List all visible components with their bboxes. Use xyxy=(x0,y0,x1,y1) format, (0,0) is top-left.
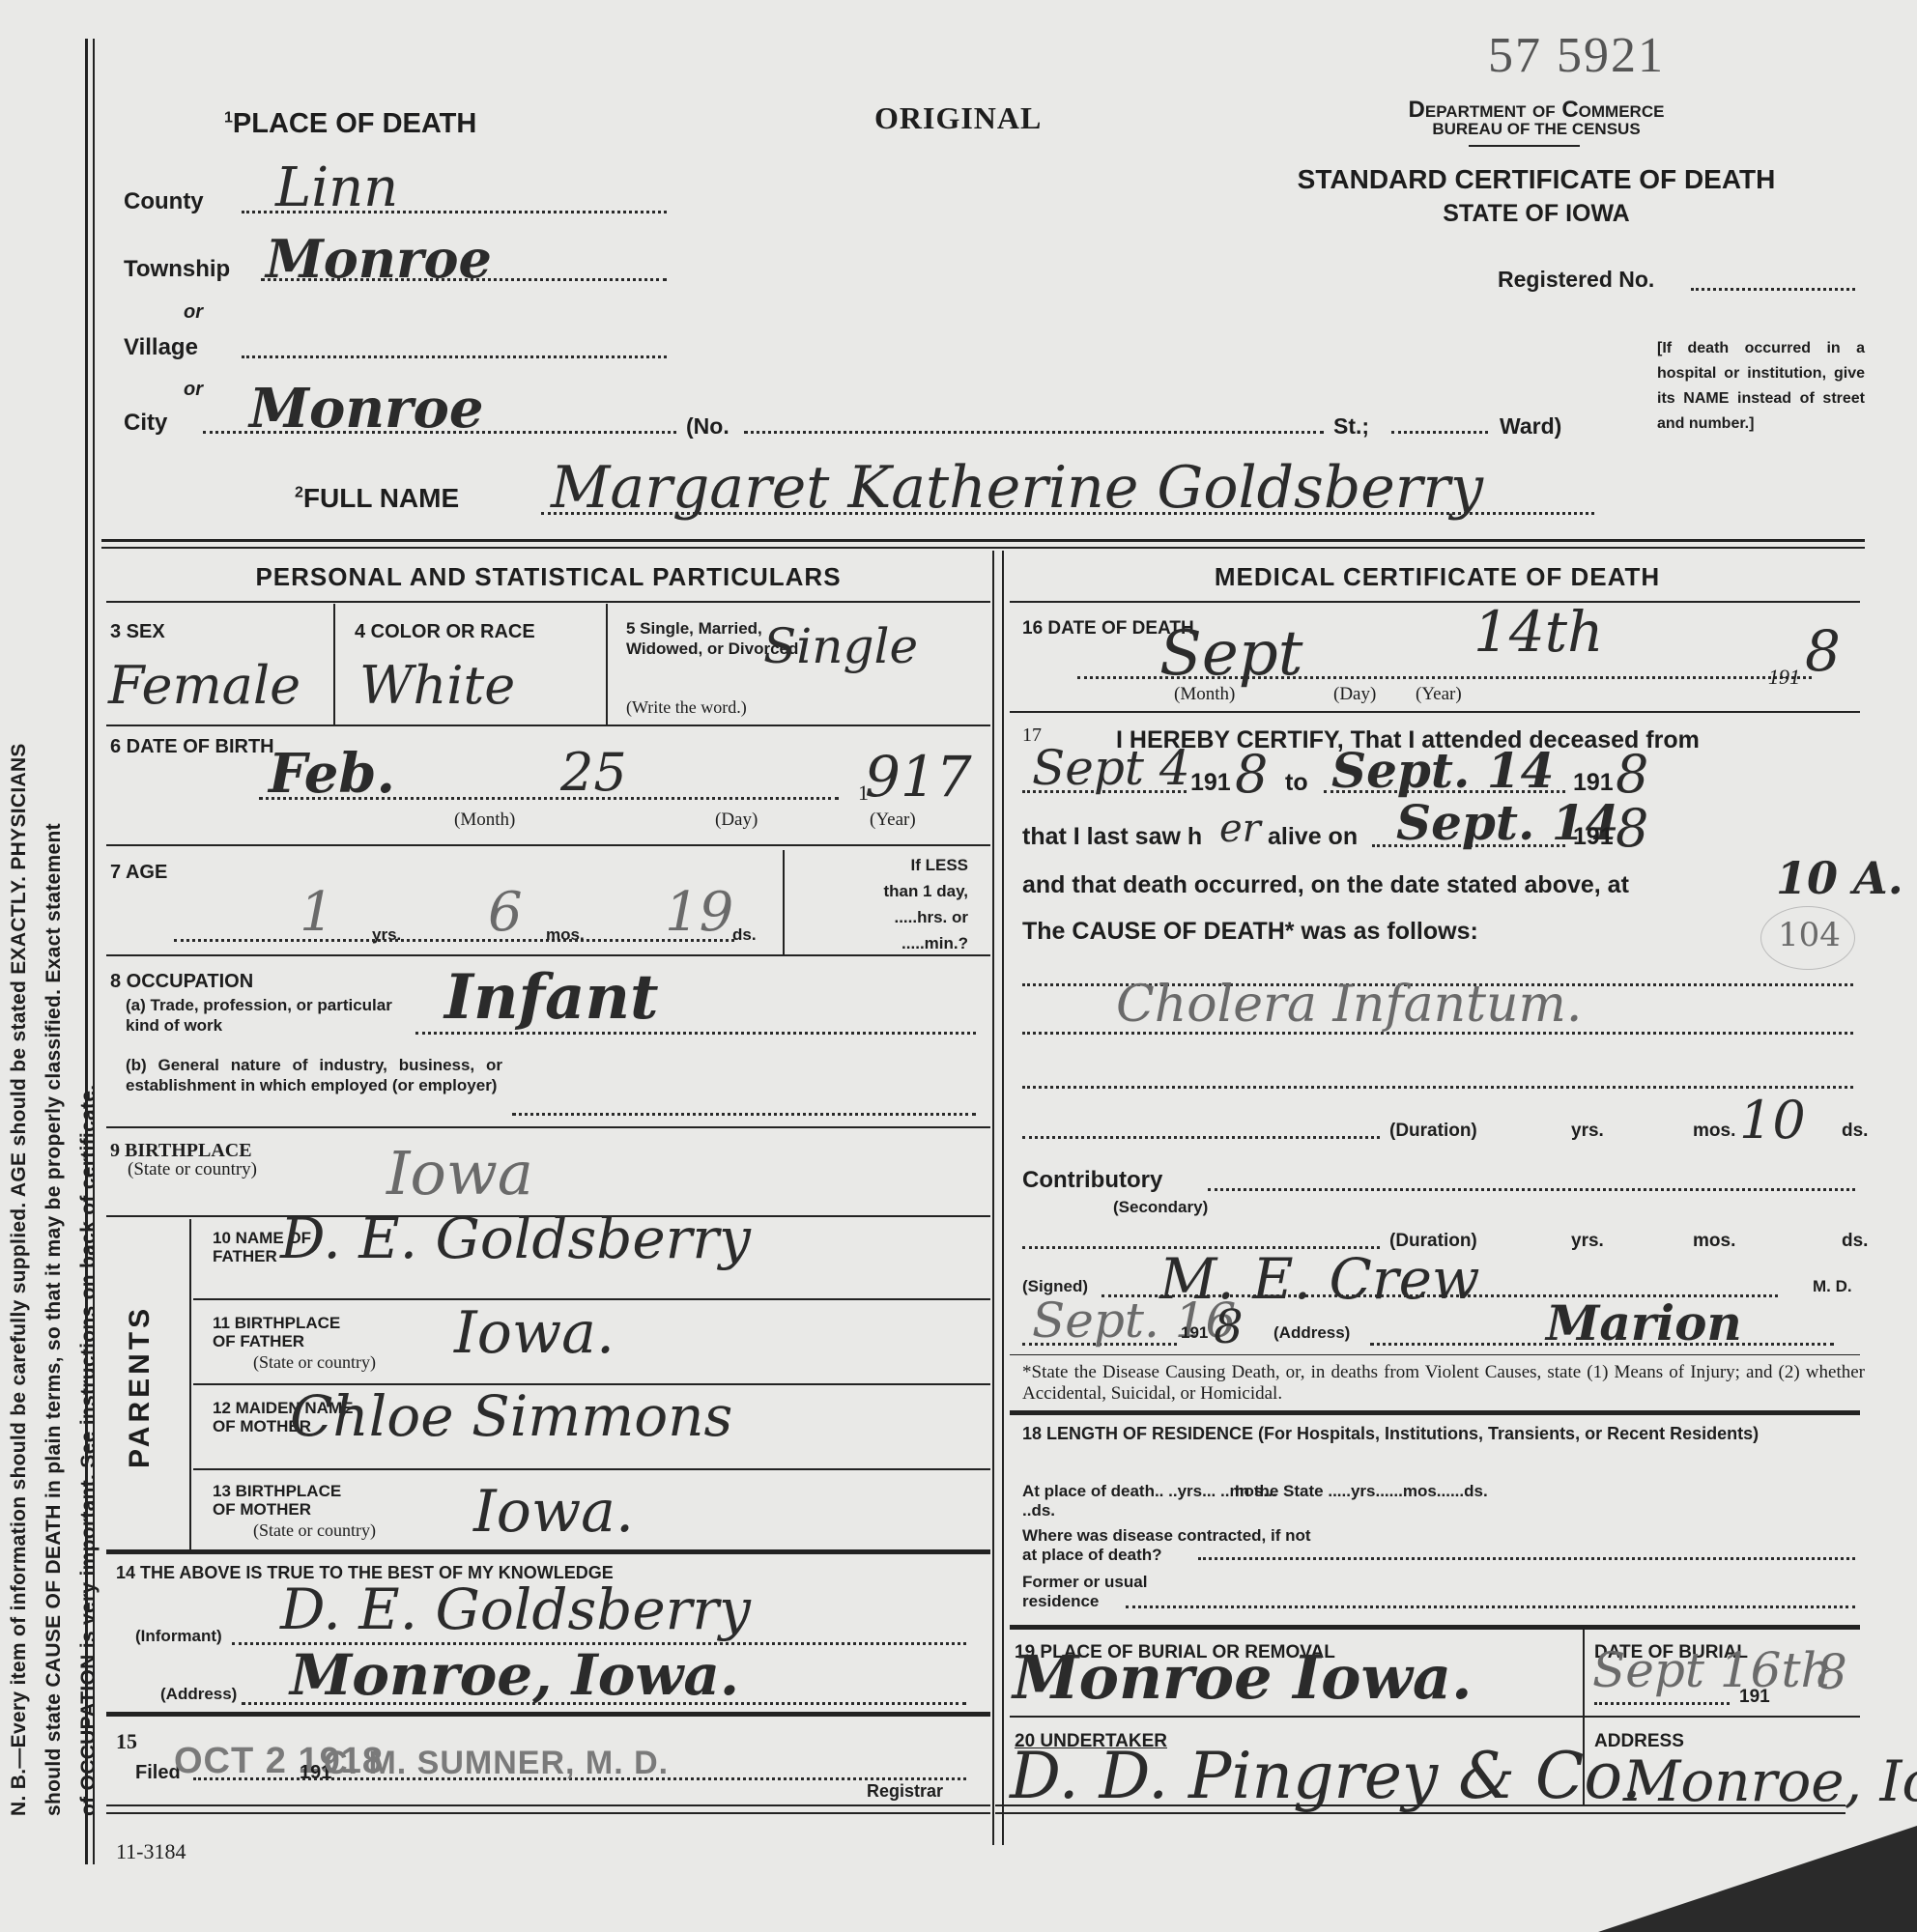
certificate-title: STANDARD CERTIFICATE OF DEATH xyxy=(1227,164,1845,195)
original-label: ORIGINAL xyxy=(874,100,1042,136)
race-label: 4 COLOR OR RACE xyxy=(355,621,535,643)
occupation-b-label: (b) General nature of industry, business… xyxy=(126,1055,502,1095)
burial-year: 8 xyxy=(1817,1644,1847,1700)
age-field[interactable] xyxy=(174,939,734,942)
rule xyxy=(106,601,990,603)
county-value: Linn xyxy=(275,156,398,219)
rule xyxy=(106,844,990,846)
father-birthplace-value: Iowa. xyxy=(454,1299,615,1367)
duration-yrs-caption: yrs. xyxy=(1571,1121,1604,1142)
dob-year: 917 xyxy=(865,744,972,810)
dob-year-caption: (Year) xyxy=(870,810,916,831)
cause-line-3[interactable] xyxy=(1022,1086,1853,1089)
mother-birthplace-label: 13 BIRTHPLACE OF MOTHER xyxy=(213,1482,348,1519)
file-number-stamp: 57 5921 xyxy=(1488,27,1665,84)
cause-code: 104 xyxy=(1778,916,1841,954)
personal-heading: PERSONAL AND STATISTICAL PARTICULARS xyxy=(106,562,990,592)
duration-label: (Duration) xyxy=(1389,1121,1477,1142)
attended-to-label: to xyxy=(1285,769,1308,797)
thick-rule xyxy=(106,1712,990,1717)
or-label-2: or xyxy=(184,379,203,401)
burial-year-prefix: 191 xyxy=(1739,1687,1770,1708)
cause-footnote: *State the Disease Causing Death, or, in… xyxy=(1022,1362,1865,1405)
city-value: Monroe xyxy=(249,377,484,440)
signed-year-prefix: 191 xyxy=(1181,1323,1208,1343)
death-time: 10 A. xyxy=(1776,852,1903,904)
disease-contracted-field[interactable] xyxy=(1198,1557,1855,1560)
informant-value: D. E. Goldsberry xyxy=(280,1577,751,1642)
race-value: White xyxy=(359,655,515,716)
marital-value: Single xyxy=(763,618,918,674)
age-years: 1 xyxy=(300,881,334,944)
place-of-death-heading: 1PLACE OF DEATH xyxy=(224,108,476,140)
age-years-caption: yrs. xyxy=(372,925,401,945)
rule xyxy=(1010,711,1860,713)
cell-divider xyxy=(606,604,608,724)
former-residence-field[interactable] xyxy=(1126,1605,1855,1608)
secondary-label: (Secondary) xyxy=(1113,1198,1208,1217)
cause-value: Cholera Infantum. xyxy=(1116,976,1582,1034)
informant-address-label: (Address) xyxy=(160,1685,237,1704)
side-note-line-1: N. B.—Every item of information should b… xyxy=(2,116,37,1816)
scan-corner-shadow xyxy=(1598,1826,1917,1932)
signed-year: 8 xyxy=(1214,1300,1244,1354)
death-year: 8 xyxy=(1805,618,1841,684)
form-number: 11-3184 xyxy=(116,1839,186,1864)
last-saw-year-prefix: 191 xyxy=(1573,823,1614,851)
rule xyxy=(106,1126,990,1128)
village-field[interactable] xyxy=(242,355,667,358)
column-divider-left xyxy=(992,551,994,1845)
side-instructions: N. B.—Every item of information should b… xyxy=(2,116,106,1816)
township-label: Township xyxy=(124,256,230,283)
death-month-caption: (Month) xyxy=(1174,684,1235,705)
age-label: 7 AGE xyxy=(110,862,167,884)
age-months: 6 xyxy=(488,881,523,944)
sex-value: Female xyxy=(108,655,300,716)
or-label-1: or xyxy=(184,301,203,324)
medical-heading: MEDICAL CERTIFICATE OF DEATH xyxy=(1010,562,1865,592)
residence-label: 18 LENGTH OF RESIDENCE (For Hospitals, I… xyxy=(1022,1424,1865,1443)
dob-month-caption: (Month) xyxy=(454,810,515,831)
birthplace-value: Iowa xyxy=(386,1138,533,1208)
secondary-duration-yrs: yrs. xyxy=(1571,1231,1604,1252)
cell-divider xyxy=(783,850,785,954)
secondary-duration-mos: mos. xyxy=(1693,1231,1735,1252)
rule xyxy=(1010,601,1860,603)
duration-days: 10 xyxy=(1739,1090,1806,1151)
rule xyxy=(995,1804,1845,1806)
ward-field[interactable] xyxy=(1391,431,1488,434)
side-note-line-3: of OCCUPATION is very important. See ins… xyxy=(72,116,106,1816)
duration-ds-caption: ds. xyxy=(1842,1121,1868,1142)
attended-from-date: Sept 4 xyxy=(1032,740,1190,796)
column-divider-right xyxy=(1002,551,1004,1845)
physician-address-label: (Address) xyxy=(1273,1323,1350,1343)
sex-label: 3 SEX xyxy=(110,621,165,643)
parents-label: PARENTS xyxy=(124,1305,157,1468)
border-left-outer xyxy=(85,39,88,1864)
registrar-stamp: C. M. SUMNER, M. D. xyxy=(324,1745,669,1782)
death-day: 14th xyxy=(1474,599,1603,665)
dob-label: 6 DATE OF BIRTH xyxy=(110,736,274,758)
dob-day: 25 xyxy=(560,742,627,803)
attended-to-date: Sept. 14 xyxy=(1331,742,1554,799)
duration-lead xyxy=(1022,1136,1380,1139)
death-occurred-label: and that death occurred, on the date sta… xyxy=(1022,871,1629,899)
death-year-caption: (Year) xyxy=(1416,684,1462,705)
informant-address-value: Monroe, Iowa. xyxy=(290,1642,739,1708)
age-days: 19 xyxy=(665,881,733,944)
rule xyxy=(1010,1716,1860,1718)
rule xyxy=(193,1468,990,1470)
occupation-a-value: Infant xyxy=(444,961,659,1034)
attended-from-year: 8 xyxy=(1235,744,1268,805)
death-day-caption: (Day) xyxy=(1333,684,1376,705)
death-year-prefix: 191 xyxy=(1768,665,1800,690)
township-value: Monroe xyxy=(266,228,492,290)
thick-rule xyxy=(106,1549,990,1554)
age-days-caption: ds. xyxy=(732,925,757,945)
attended-to-year-prefix: 191 xyxy=(1573,769,1614,797)
full-name-label: 2FULL NAME xyxy=(295,483,459,514)
registered-no-label: Registered No. xyxy=(1498,267,1654,293)
occupation-b-field[interactable] xyxy=(512,1113,976,1116)
contributory-field[interactable] xyxy=(1208,1188,1855,1191)
rule xyxy=(995,1812,1845,1814)
burial-date-field[interactable] xyxy=(1594,1702,1730,1705)
mother-birthplace-value: Iowa. xyxy=(473,1478,634,1546)
name-rule-bottom xyxy=(101,547,1865,549)
contributory-label: Contributory xyxy=(1022,1167,1162,1194)
last-saw-pronoun: er xyxy=(1219,807,1261,851)
side-note-line-2: should state CAUSE OF DEATH in plain ter… xyxy=(37,116,72,1816)
alive-on-label: alive on xyxy=(1268,823,1358,851)
rule xyxy=(106,724,990,726)
ward-label: Ward) xyxy=(1500,413,1561,440)
cell-divider xyxy=(333,604,335,724)
father-name-value: D. E. Goldsberry xyxy=(280,1206,751,1271)
age-months-caption: mos. xyxy=(546,925,585,945)
mother-maiden-value: Chloe Simmons xyxy=(290,1383,732,1449)
city-label: City xyxy=(124,410,167,437)
father-birthplace-sub: (State or country) xyxy=(253,1352,376,1373)
cause-label: The CAUSE OF DEATH* was as follows: xyxy=(1022,918,1478,946)
age-less-than-day: If LESS than 1 day, .....hrs. or .....mi… xyxy=(794,852,968,956)
header-rule xyxy=(1469,145,1580,147)
physician-address-value: Marion xyxy=(1546,1294,1742,1351)
rule xyxy=(106,1812,990,1814)
registered-no-field[interactable] xyxy=(1691,286,1855,291)
informant-label: (Informant) xyxy=(135,1627,222,1646)
residence-in-state[interactable]: In the State .....yrs......mos......ds. xyxy=(1235,1482,1853,1501)
marital-hint: (Write the word.) xyxy=(626,697,747,718)
thick-rule xyxy=(1010,1410,1860,1415)
state-label: STATE OF IOWA xyxy=(1227,200,1845,228)
occupation-a-label: (a) Trade, profession, or particular kin… xyxy=(126,995,415,1036)
secondary-duration-ds: ds. xyxy=(1842,1231,1868,1252)
street-no-label: (No. xyxy=(686,413,730,440)
rule xyxy=(106,1804,990,1806)
dob-day-caption: (Day) xyxy=(715,810,758,831)
street-label: St.; xyxy=(1333,413,1369,440)
bureau-label: BUREAU OF THE CENSUS xyxy=(1333,120,1739,139)
rule xyxy=(106,954,990,956)
rule xyxy=(1010,1354,1860,1355)
border-left-inner xyxy=(93,39,95,1864)
last-saw-label: that I last saw h xyxy=(1022,823,1202,851)
hospital-note: [If death occurred in a hospital or inst… xyxy=(1657,336,1865,437)
burial-date-value: Sept 16th xyxy=(1592,1642,1832,1698)
village-label: Village xyxy=(124,334,198,361)
occupation-label: 8 OCCUPATION xyxy=(110,971,253,993)
father-birthplace-label: 11 BIRTHPLACE OF FATHER xyxy=(213,1314,348,1350)
full-name-value: Margaret Katherine Goldsberry xyxy=(551,454,1483,522)
burial-place-value: Monroe Iowa. xyxy=(1013,1642,1473,1713)
filed-number: 15 xyxy=(116,1729,137,1754)
name-rule-top xyxy=(101,539,1865,542)
undertaker-value: D. D. Pingrey & Co. xyxy=(1010,1739,1642,1813)
death-month: Sept xyxy=(1159,618,1302,690)
parents-divider xyxy=(189,1219,191,1461)
birthplace-sub: (State or country) xyxy=(128,1159,257,1180)
dob-month: Feb. xyxy=(269,742,395,806)
thick-rule xyxy=(1010,1625,1860,1630)
registrar-label: Registrar xyxy=(867,1781,943,1802)
attended-to-year: 8 xyxy=(1616,744,1648,805)
street-field[interactable] xyxy=(744,431,1324,434)
duration-mos-caption: mos. xyxy=(1693,1121,1735,1142)
mother-birthplace-sub: (State or country) xyxy=(253,1520,376,1541)
parents-divider xyxy=(189,1461,191,1549)
attended-from-year-prefix: 191 xyxy=(1190,769,1231,797)
county-label: County xyxy=(124,188,204,215)
last-saw-year: 8 xyxy=(1616,798,1648,859)
md-label: M. D. xyxy=(1813,1277,1852,1296)
